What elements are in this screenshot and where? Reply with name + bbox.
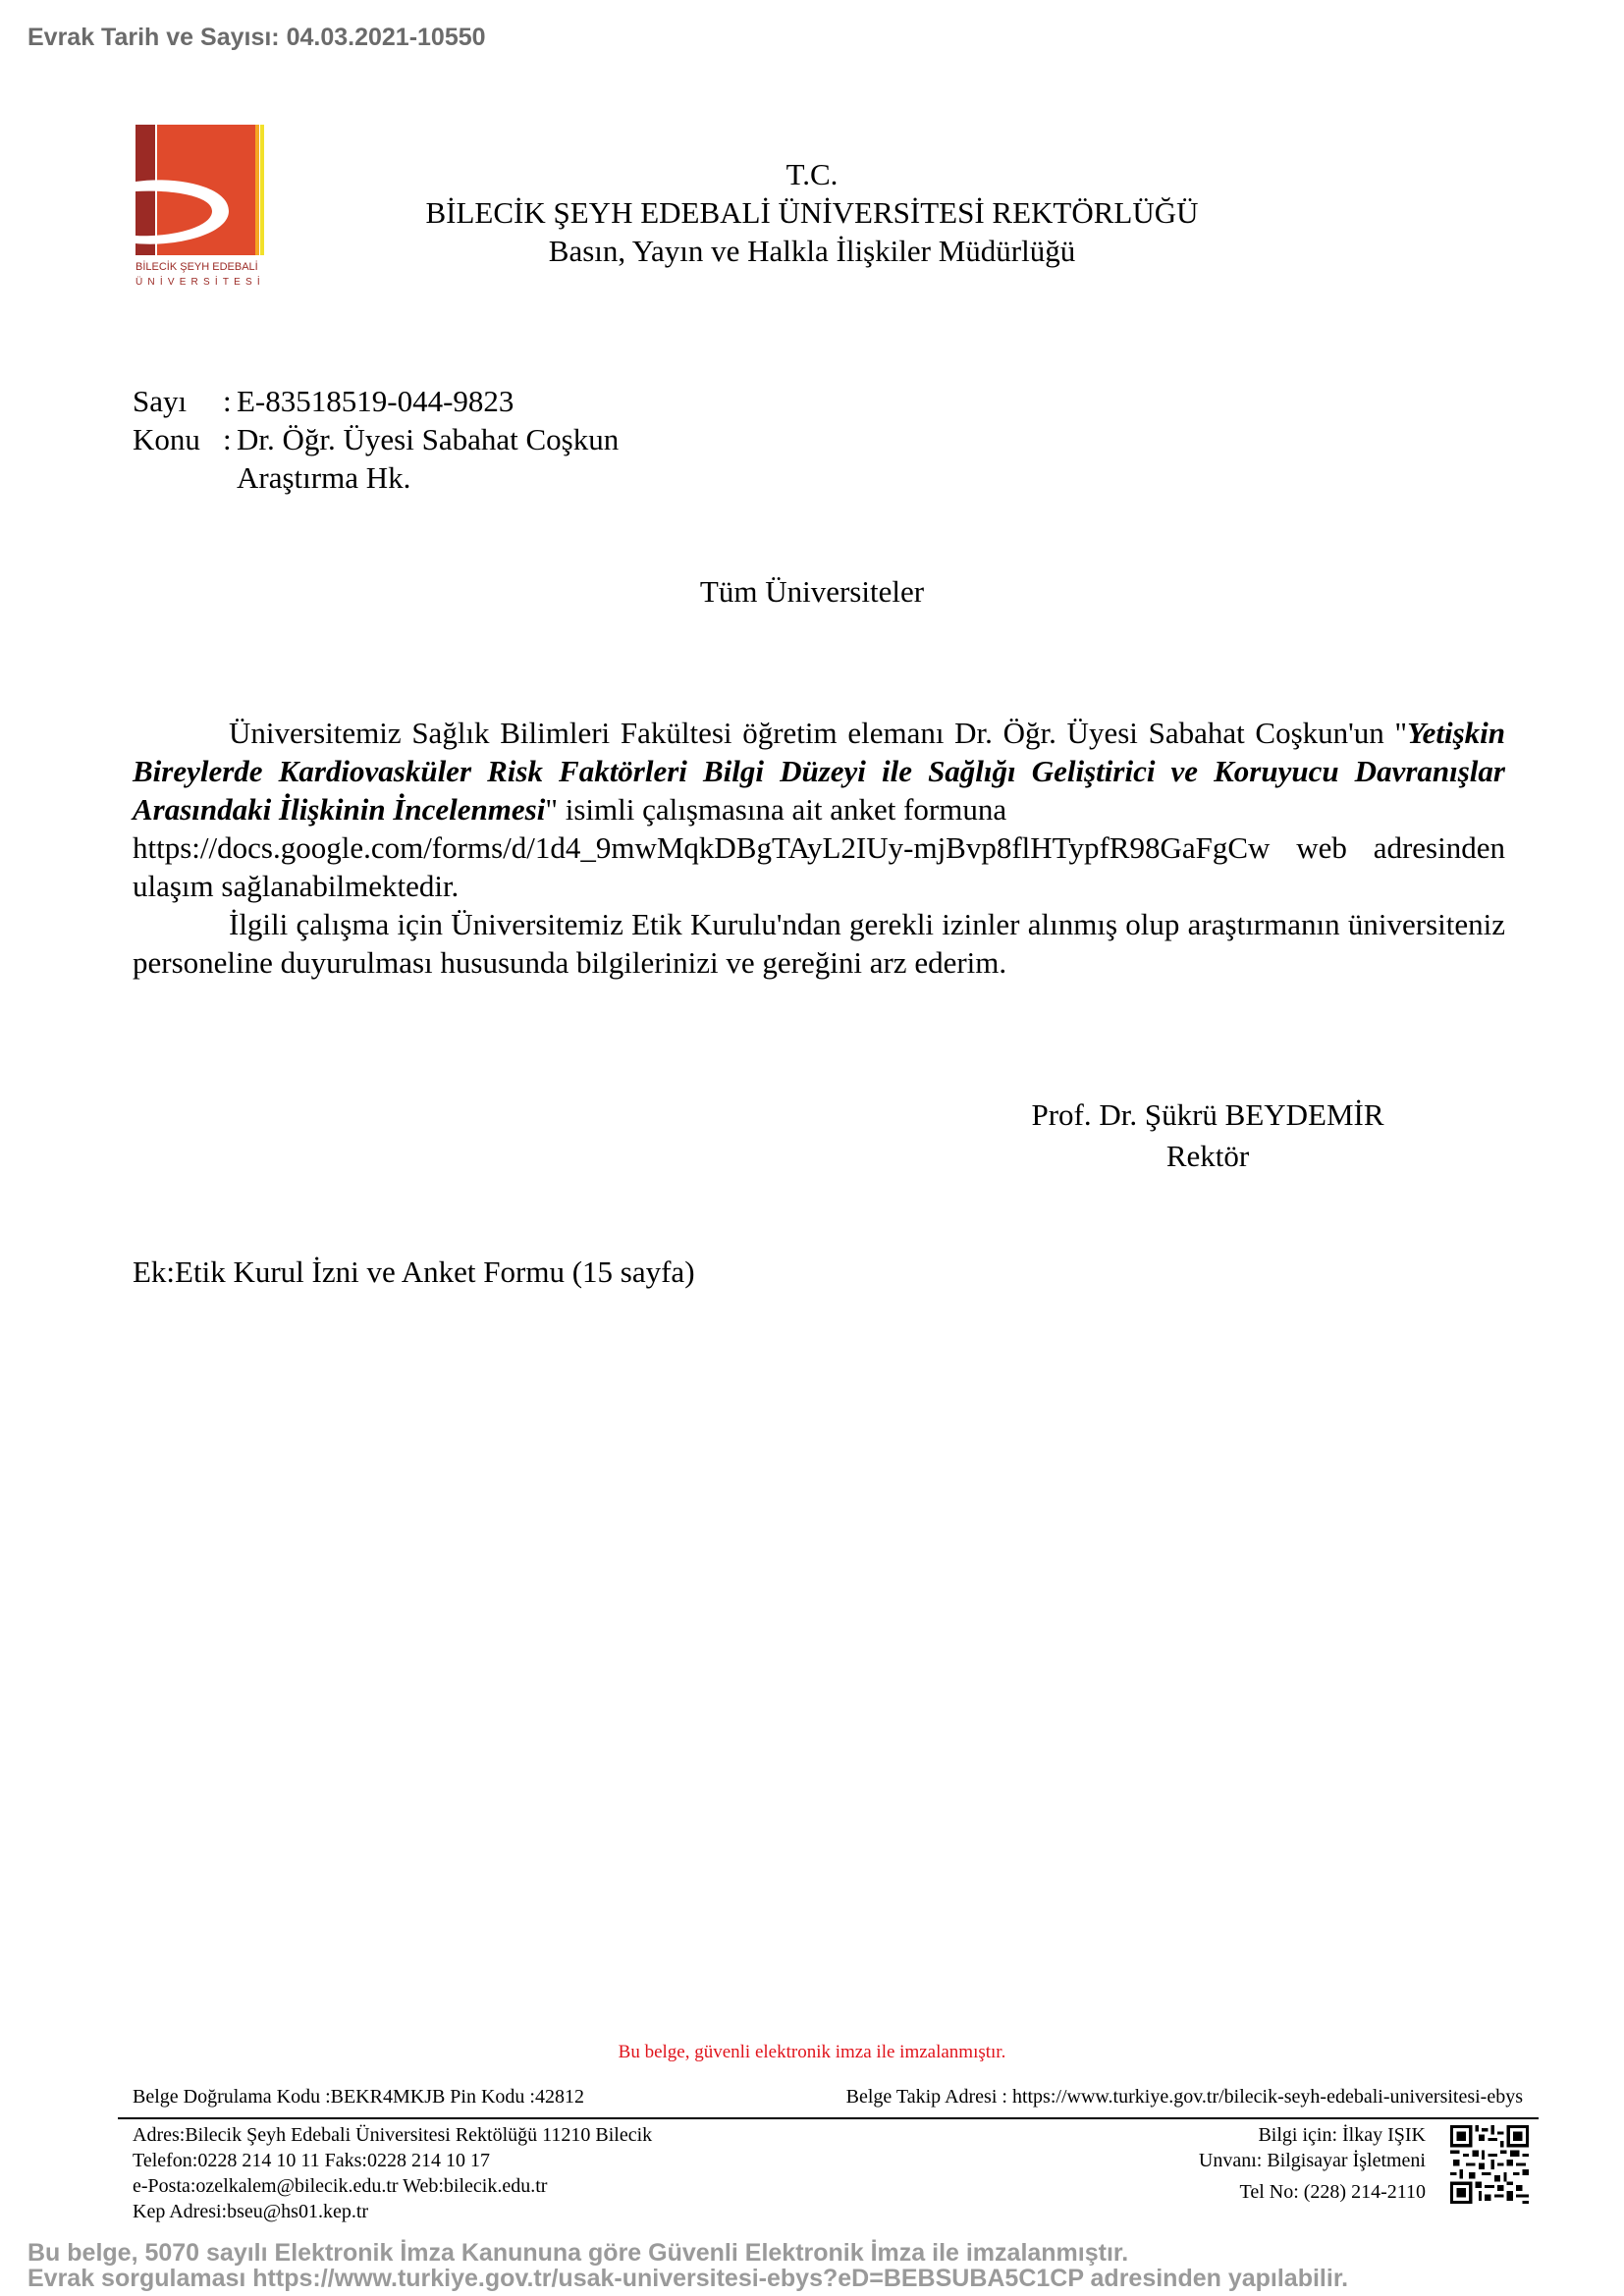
info-contact-person: Bilgi için: İlkay IŞIK [1199, 2122, 1426, 2148]
signature-block: Prof. Dr. Şükrü BEYDEMİR Rektör [1011, 1095, 1404, 1177]
contact-address-block: Adres:Bilecik Şeyh Edebali Üniversitesi … [133, 2122, 652, 2224]
signer-title: Rektör [1011, 1136, 1404, 1177]
sayi-value: E-83518519-044-9823 [237, 382, 514, 420]
attachment-note: Ek:Etik Kurul İzni ve Anket Formu (15 sa… [133, 1255, 695, 1290]
konu-value: Dr. Öğr. Üyesi Sabahat Coşkun Araştırma … [237, 420, 619, 497]
esign-law-footer: Bu belge, 5070 sayılı Elektronik İmza Ka… [27, 2240, 1348, 2291]
konu-value-line1: Dr. Öğr. Üyesi Sabahat Coşkun [237, 420, 619, 458]
letterhead-department: Basın, Yayın ve Halkla İlişkiler Müdürlü… [0, 232, 1624, 270]
address-line: Adres:Bilecik Şeyh Edebali Üniversitesi … [133, 2122, 652, 2148]
signer-name: Prof. Dr. Şükrü BEYDEMİR [1011, 1095, 1404, 1136]
meta-row-sayi: Sayı : E-83518519-044-9823 [133, 382, 619, 420]
konu-value-line2: Araştırma Hk. [237, 458, 619, 497]
p1-start: Üniversitemiz Sağlık Bilimleri Fakültesi… [229, 716, 1407, 750]
sayi-label: Sayı [133, 382, 223, 420]
body-paragraph-1-cont: https://docs.google.com/forms/d/1d4_9mwM… [133, 828, 1505, 905]
footer-divider [118, 2117, 1539, 2119]
esign-notice: Bu belge, güvenli elektronik imza ile im… [0, 2042, 1624, 2063]
letterhead-tc: T.C. [0, 155, 1624, 193]
body-paragraph-2: İlgili çalışma için Üniversitemiz Etik K… [133, 905, 1505, 982]
letter-body: Üniversitemiz Sağlık Bilimleri Fakültesi… [133, 714, 1505, 982]
tracking-address-link[interactable]: Belge Takip Adresi : https://www.turkiye… [846, 2086, 1523, 2109]
qr-code [1450, 2125, 1529, 2204]
logo-text-line2: ÜNİVERSİTESİ [135, 275, 265, 288]
verification-code: Belge Doğrulama Kodu :BEKR4MKJB Pin Kodu… [133, 2086, 584, 2109]
p1-end: " isimli çalışmasına ait anket formuna [545, 792, 1006, 827]
info-contact-block: Bilgi için: İlkay IŞIK Unvanı: Bilgisaya… [1199, 2122, 1426, 2205]
email-web-line: e-Posta:ozelkalem@bilecik.edu.tr Web:bil… [133, 2173, 652, 2199]
esign-law-line: Bu belge, 5070 sayılı Elektronik İmza Ka… [27, 2240, 1348, 2266]
letterhead: T.C. BİLECİK ŞEYH EDEBALİ ÜNİVERSİTESİ R… [0, 155, 1624, 270]
info-contact-title: Unvanı: Bilgisayar İşletmeni [1199, 2148, 1426, 2173]
phone-fax-line: Telefon:0228 214 10 11 Faks:0228 214 10 … [133, 2148, 652, 2173]
survey-url-link[interactable]: https://docs.google.com/forms/d/1d4_9mwM… [133, 830, 1270, 865]
document-query-line: Evrak sorgulaması https://www.turkiye.go… [27, 2266, 1348, 2291]
document-meta: Sayı : E-83518519-044-9823 Konu : Dr. Öğ… [133, 382, 619, 497]
body-paragraph-1: Üniversitemiz Sağlık Bilimleri Fakültesi… [133, 714, 1505, 828]
konu-colon: : [223, 420, 237, 497]
qr-code-icon [1450, 2125, 1529, 2204]
recipient: Tüm Üniversiteler [0, 574, 1624, 610]
meta-row-konu: Konu : Dr. Öğr. Üyesi Sabahat Coşkun Ara… [133, 420, 619, 497]
sayi-colon: : [223, 382, 237, 420]
konu-label: Konu [133, 420, 223, 497]
letterhead-institution: BİLECİK ŞEYH EDEBALİ ÜNİVERSİTESİ REKTÖR… [0, 193, 1624, 232]
document-date-number-stamp: Evrak Tarih ve Sayısı: 04.03.2021-10550 [27, 24, 486, 52]
info-contact-tel: Tel No: (228) 214-2110 [1199, 2179, 1426, 2205]
kep-address-line: Kep Adresi:bseu@hs01.kep.tr [133, 2199, 652, 2224]
